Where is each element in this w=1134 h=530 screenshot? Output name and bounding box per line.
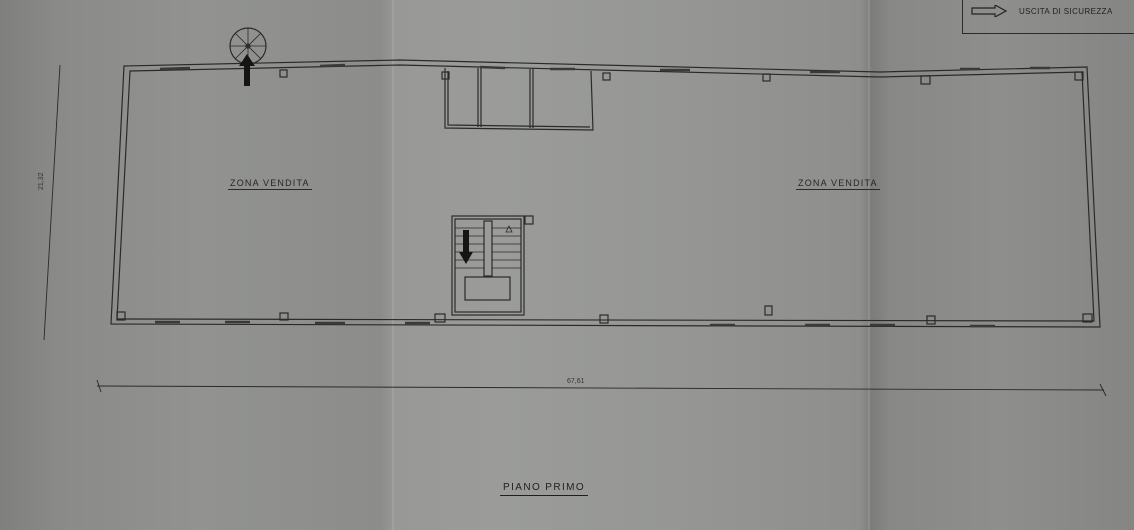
stair-direction-arrow-icon — [459, 230, 473, 264]
width-dimension: 67,61 — [567, 378, 585, 385]
legend-label: USCITA DI SICUREZZA — [1019, 7, 1113, 16]
zone-label-right: ZONA VENDITA — [796, 178, 880, 190]
emergency-exit-arrow-icon — [239, 54, 255, 86]
floor-plan-drawing — [0, 0, 1134, 530]
plan-title: PIANO PRIMO — [500, 482, 588, 496]
right-arrow-icon — [971, 5, 1007, 17]
legend-box: USCITA DI SICUREZZA — [962, 0, 1134, 34]
zone-label-left: ZONA VENDITA — [228, 178, 312, 190]
height-dimension: 21,32 — [38, 172, 45, 190]
